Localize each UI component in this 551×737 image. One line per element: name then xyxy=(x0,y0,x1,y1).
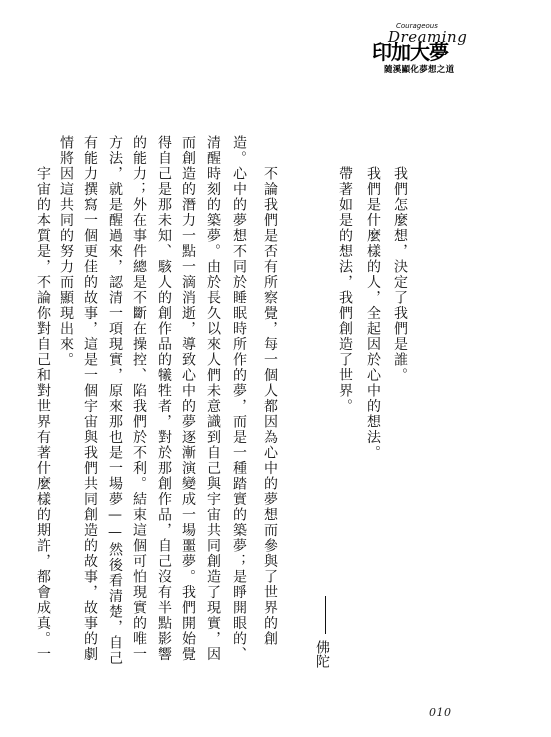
body-column-4: 而創造的潛力一點一滴消逝，導致心中的夢逐漸演變成一場噩夢。我們開始覺 xyxy=(180,135,196,662)
body-column-1: 不論我們是否有所察覺，每一個人都因為心中的夢想而參與了世界的創 xyxy=(262,166,278,647)
body-column-10: 宇宙的本質是，不論你對自己和對世界有著什麼樣的期許，都會成真。一 xyxy=(35,166,51,662)
epigraph-attribution: 佛陀 xyxy=(314,596,330,668)
body-column-8: 有能力撰寫一個更佳的故事，這是一個宇宙與我們共同創造的故事，故事的劇 xyxy=(82,135,98,662)
body-column-2: 造。心中的夢想不同於睡眠時所作的夢，而是一種踏實的築夢；是睜開眼的、 xyxy=(231,135,247,662)
logo-book-title: 印加大夢 xyxy=(372,42,448,62)
body-column-7: 方法，就是醒過來，認清一項現實，原來那也是一場夢——然後看清楚，自己 xyxy=(107,135,123,666)
body-column-5: 得自己是那未知、駭人的創作品的犧牲者，對於那創作品，自己沒有半點影響 xyxy=(156,135,172,662)
body-column-3: 清醒時刻的築夢。由於長久以來人們未意識到自己與宇宙共同創造了現實，因 xyxy=(205,135,221,662)
epigraph-line-3: 帶著如是的想法，我們創造了世界。 xyxy=(337,166,353,414)
body-column-6: 的能力；外在事件總是不斷在操控、陷我們於不利。結束這個可怕現實的唯一 xyxy=(131,135,147,662)
book-logo: Courageous Dreaming 印加大夢 隨溪顯化夢想之道 xyxy=(372,22,482,78)
page-number: 010 xyxy=(429,706,452,719)
epigraph-line-2: 我們是什麼樣的人，全起因於心中的想法。 xyxy=(365,166,381,461)
logo-book-subtitle: 隨溪顯化夢想之道 xyxy=(384,63,454,75)
em-dash-rule xyxy=(325,596,326,634)
body-column-9: 情將因這共同的努力而顯現出來。 xyxy=(58,135,74,368)
attribution-name: 佛陀 xyxy=(314,640,330,668)
epigraph-line-1: 我們怎麼想，決定了我們是誰。 xyxy=(392,166,408,383)
